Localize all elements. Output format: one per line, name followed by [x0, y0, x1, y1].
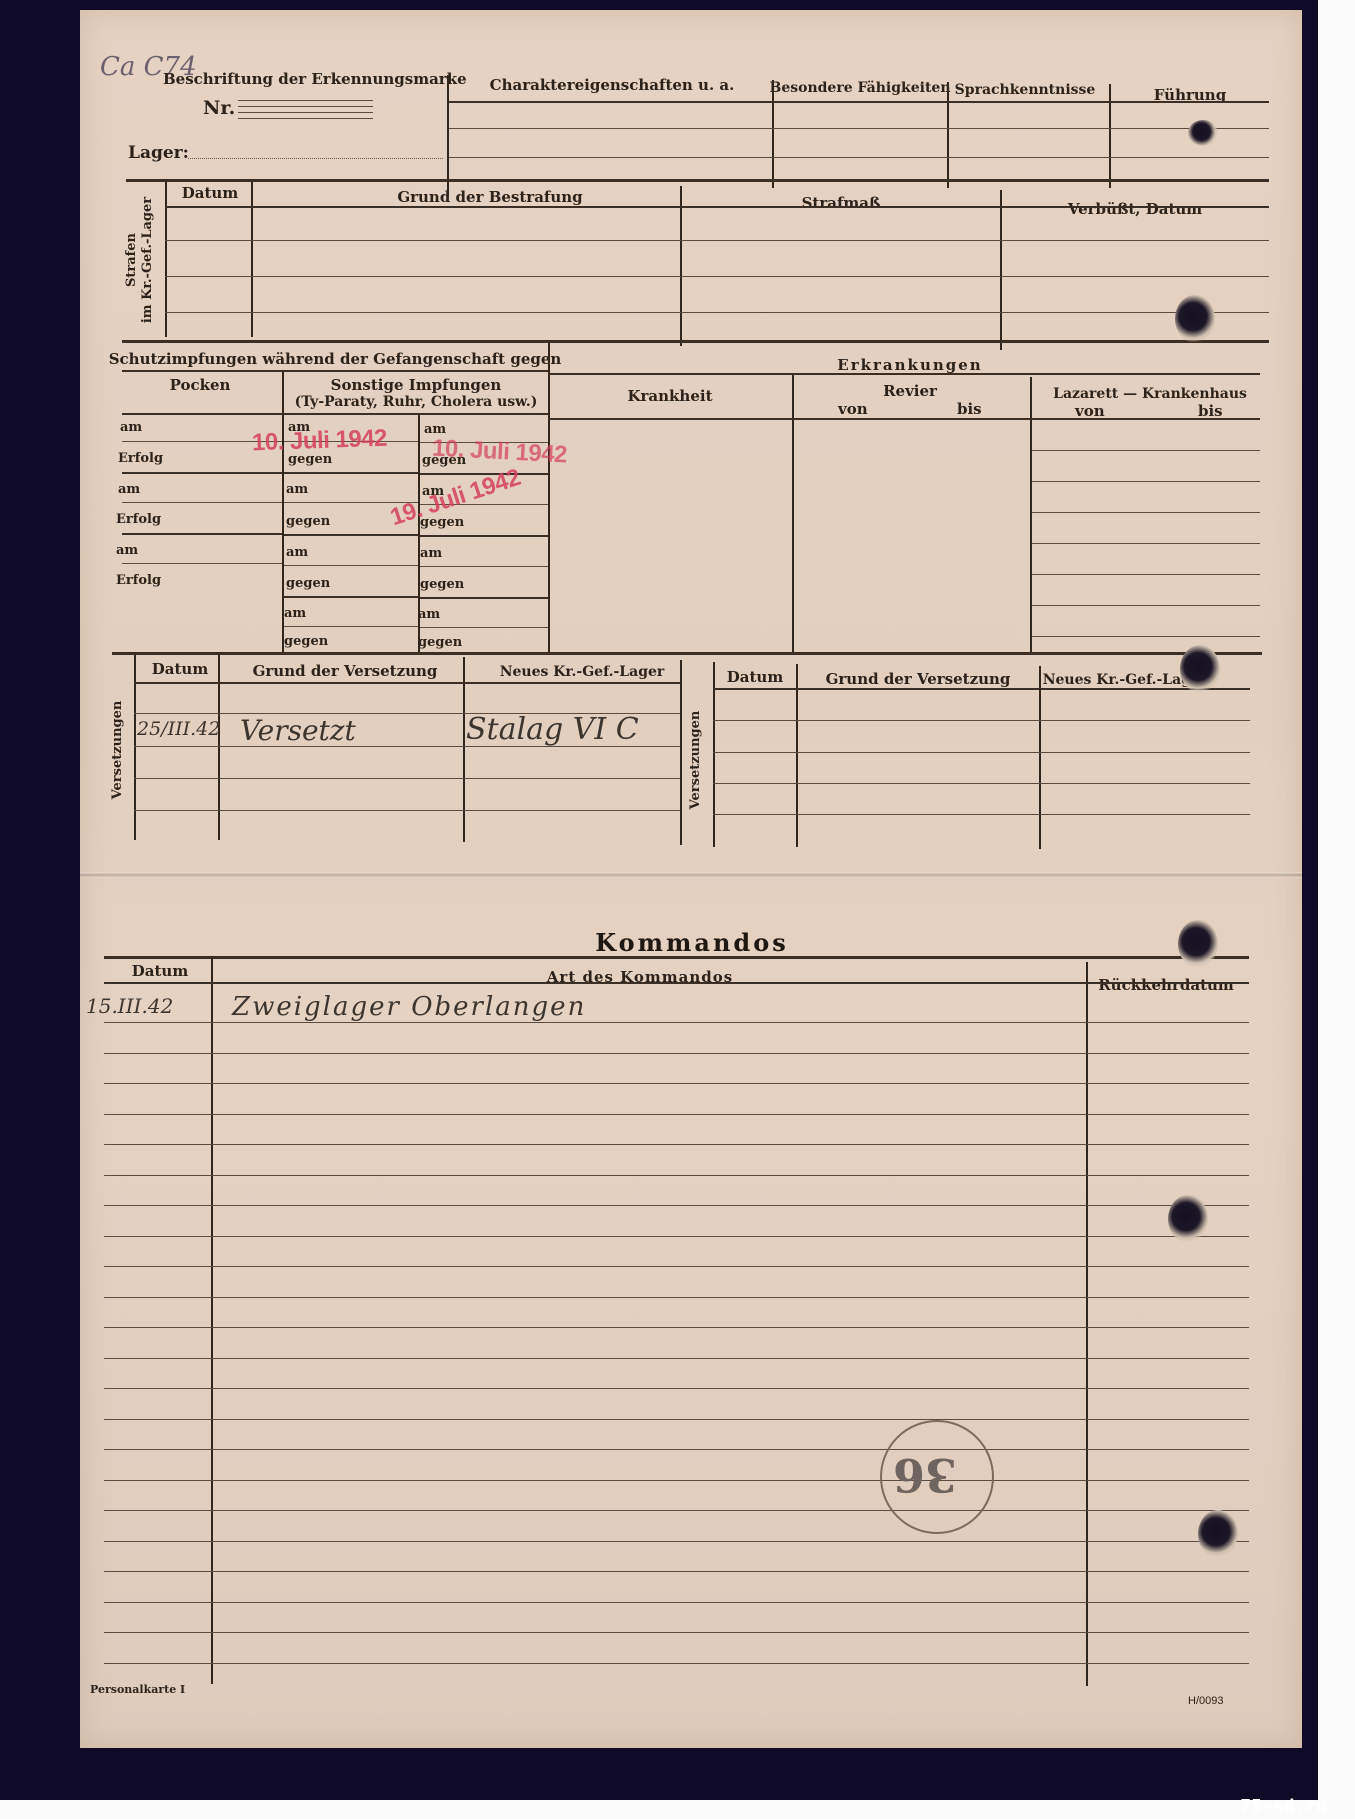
- other-vaccines-sub: (Ty-Paraty, Ruhr, Cholera usw.): [295, 394, 538, 410]
- archive-code: H/0093: [1188, 1695, 1223, 1707]
- transfer-reason: Versetzt: [240, 714, 356, 747]
- smallpox-row: am: [116, 543, 138, 558]
- ruled-line: [104, 1266, 1249, 1267]
- identity-tag-label: Beschriftung der Erkennungsmarke: [163, 70, 467, 88]
- other-a-row: am: [286, 545, 308, 560]
- infirmary-to: bis: [957, 400, 982, 418]
- transfers-side-label-2: Versetzungen: [688, 710, 703, 810]
- paper-fold-line: [80, 872, 1302, 878]
- other-b-row: gegen: [418, 635, 462, 650]
- transfer-col-camp: Neues Kr.-Gef.-Lager: [500, 664, 665, 680]
- ruled-line: [104, 1358, 1249, 1359]
- ruled-line: [104, 1541, 1249, 1542]
- transfer2-col-reason: Grund der Versetzung: [826, 670, 1011, 688]
- transfer-date: 25/III.42: [137, 718, 220, 740]
- transfers-side-label: Versetzungen: [110, 700, 125, 800]
- site-watermark: 75-sd.ru: [1240, 1796, 1327, 1817]
- ruled-line: [104, 1602, 1249, 1603]
- kommando-col-return: Rückkehrdatum: [1098, 976, 1234, 994]
- ruled-line: [104, 1144, 1249, 1145]
- stamp-number: 36: [893, 1448, 957, 1502]
- ruled-line: [104, 1632, 1249, 1633]
- kommando-col-date: Datum: [132, 962, 188, 980]
- col-illness: Krankheit: [627, 387, 712, 405]
- col-infirmary: Revier: [883, 382, 937, 400]
- col-hospital: Lazarett — Krankenhaus: [1053, 386, 1247, 402]
- punish-col-date: Datum: [182, 184, 238, 202]
- camp-label: Lager:: [128, 143, 189, 163]
- col-abilities: Besondere Fähigkeiten: [769, 80, 950, 96]
- other-a-row: am: [284, 606, 306, 621]
- date-stamp: 10. Juli 1942: [252, 425, 388, 458]
- ruled-line: [104, 1297, 1249, 1298]
- infirmary-from: von: [838, 400, 868, 418]
- other-vaccines-label: Sonstige Impfungen: [331, 376, 502, 394]
- kommando-type: Zweiglager Oberlangen: [232, 992, 586, 1022]
- other-a-row: gegen: [286, 576, 330, 591]
- ruled-line: [104, 1114, 1249, 1115]
- form-name: Personalkarte I: [90, 1683, 185, 1696]
- ruled-line: [104, 1480, 1249, 1481]
- ruled-line: [104, 1388, 1249, 1389]
- smallpox-row: Erfolg: [118, 451, 163, 466]
- punch-hole: [1188, 120, 1218, 146]
- vaccinations-title: Schutzimpfungen während der Gefangenscha…: [109, 350, 562, 368]
- punish-col-served: Verbüßt, Datum: [1068, 200, 1202, 218]
- kommando-date: 15.III.42: [86, 994, 173, 1018]
- ruled-line: [104, 1083, 1249, 1084]
- ruled-line: [104, 1327, 1249, 1328]
- ruled-line: [104, 1419, 1249, 1420]
- smallpox-row: Erfolg: [116, 573, 161, 588]
- punch-hole: [1180, 645, 1220, 693]
- other-b-row: am: [418, 607, 440, 622]
- smallpox-label: Pocken: [170, 376, 231, 394]
- punish-col-reason: Grund der Bestrafung: [397, 188, 582, 206]
- transfer2-col-date: Datum: [727, 668, 783, 686]
- punch-hole: [1178, 920, 1218, 968]
- smallpox-row: Erfolg: [116, 512, 161, 527]
- other-a-row: gegen: [286, 514, 330, 529]
- col-character: Charaktereigenschaften u. a.: [490, 76, 735, 94]
- ruled-line: [104, 1236, 1249, 1237]
- punch-hole: [1175, 295, 1215, 343]
- other-b-row: gegen: [420, 577, 464, 592]
- smallpox-row: am: [120, 420, 142, 435]
- other-b-row: am: [420, 546, 442, 561]
- punishments-side-label: Strafen im Kr.-Gef.-Lager: [124, 195, 156, 325]
- ruled-line: [104, 1571, 1249, 1572]
- kommandos-title: Kommandos: [595, 928, 788, 957]
- punch-hole: [1168, 1195, 1208, 1243]
- col-languages: Sprachkenntnisse: [955, 82, 1096, 98]
- card-paper: [80, 10, 1302, 1748]
- nr-label: Nr.: [203, 97, 235, 119]
- transfer-col-date: Datum: [152, 660, 208, 678]
- other-a-row: gegen: [284, 634, 328, 649]
- ruled-line: [104, 1510, 1249, 1511]
- transfer-col-reason: Grund der Versetzung: [253, 662, 438, 680]
- ruled-line: [104, 1053, 1249, 1054]
- illnesses-title: Erkrankungen: [837, 356, 982, 374]
- other-a-row: am: [286, 482, 308, 497]
- ruled-line: [104, 1205, 1249, 1206]
- ruled-line: [104, 1449, 1249, 1450]
- punch-hole: [1198, 1510, 1238, 1558]
- ruled-line: [104, 1663, 1249, 1664]
- transfer-camp: Stalag VI C: [466, 712, 639, 747]
- ruled-line: [104, 1022, 1249, 1023]
- ruled-line: [104, 1175, 1249, 1176]
- punish-col-penalty: Strafmaß: [802, 194, 881, 212]
- smallpox-row: am: [118, 482, 140, 497]
